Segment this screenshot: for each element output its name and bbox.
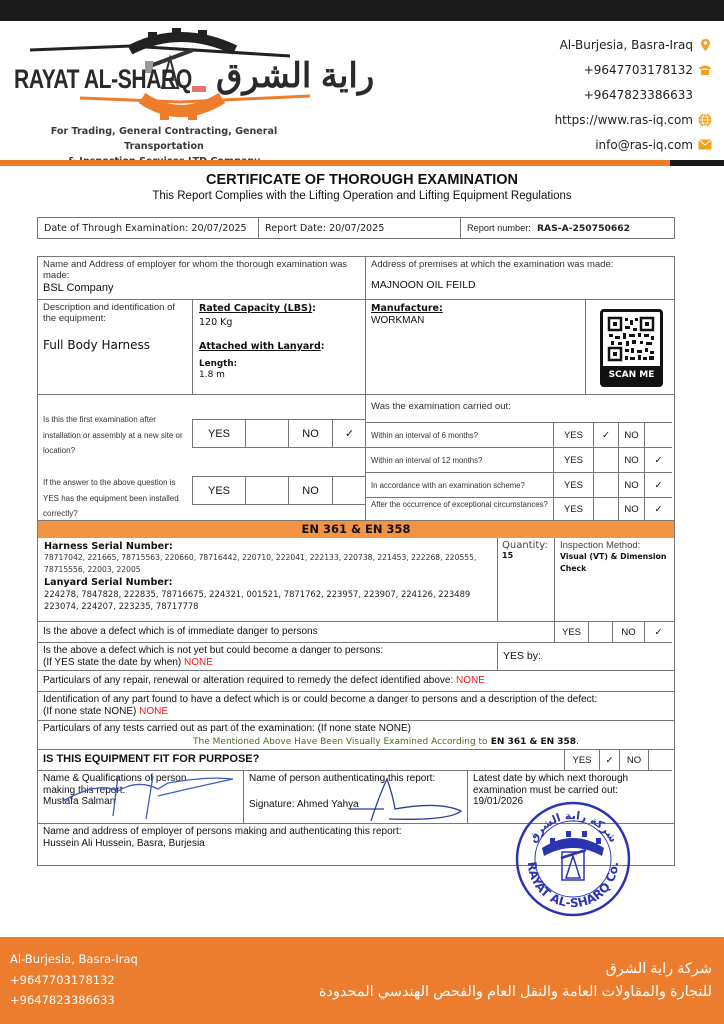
first-exam-question: Is this the first examination after inst… — [43, 412, 188, 459]
first-exam-yes-label: YES — [192, 419, 246, 448]
yes-by-label: YES by: — [503, 650, 541, 662]
harness-serial-values: 78717042, 221665, 78715563, 220660, 7871… — [44, 552, 491, 576]
tagline-line-1: For Trading, General Contracting, Genera… — [14, 124, 314, 154]
exceptional-circumstances-label: After the occurrence of exceptional circ… — [366, 497, 554, 521]
scheme-yes-box[interactable] — [593, 472, 619, 498]
website-link[interactable]: https://www.ras-iq.com — [555, 113, 693, 127]
quantity-value: 15 — [502, 551, 550, 560]
employer-label: Name and Address of employer for whom th… — [43, 259, 360, 281]
contact-list: Al-Burjesia, Basra-Iraq +9647703178132 +… — [555, 32, 712, 157]
exceptional-no-box[interactable]: ✓ — [644, 497, 672, 521]
contact-phone-1[interactable]: +9647703178132 — [555, 57, 712, 82]
immediate-danger-answer: YES NO ✓ — [555, 622, 672, 643]
address-text: Al-Burjesia, Basra-Iraq — [560, 38, 693, 52]
inspection-method-cell: Inspection Method: Visual (VT) & Dimensi… — [555, 538, 674, 622]
header-black-rule — [670, 160, 724, 166]
fit-yes-label: YES — [564, 750, 600, 771]
carried-out-label: Was the examination carried out: — [371, 401, 511, 412]
scheme-yes-label: YES — [553, 472, 594, 498]
footer-arabic-name: شركة راية الشرق للتجارة والمقاولات العام… — [319, 958, 712, 1004]
first-exam-no-label: NO — [288, 419, 333, 448]
tests-result-text: The Mentioned Above Have Been Visually E… — [193, 737, 488, 747]
logo-text-english: RAYAT AL-SHARQ — [14, 64, 192, 95]
length-value: 1.8 m — [199, 370, 359, 380]
first-exam-questions-cell: Is this the first examination after inst… — [38, 395, 366, 521]
harness-serial-label: Harness Serial Number: — [44, 541, 491, 552]
top-black-bar — [0, 0, 724, 21]
tests-result: The Mentioned Above Have Been Visually E… — [43, 735, 669, 749]
exceptional-yes-label: YES — [553, 497, 594, 521]
installed-correctly-answer: YES NO — [193, 476, 366, 505]
serial-numbers-cell: Harness Serial Number: 78717042, 221665,… — [38, 538, 498, 622]
installed-no-label: NO — [288, 476, 333, 505]
premises-value: MAJNOON OIL FEILD — [371, 279, 669, 291]
fit-no-box[interactable] — [648, 750, 672, 771]
date-bar: Date of Through Examination: 20/07/2025 … — [37, 217, 675, 239]
manufacture-label: Manufacture: — [371, 303, 580, 314]
contact-website[interactable]: https://www.ras-iq.com — [555, 107, 712, 132]
authenticator-cell: Name of person authenticating this repor… — [244, 771, 468, 824]
envelope-icon — [698, 138, 712, 152]
certificate-subtitle: This Report Complies with the Lifting Op… — [0, 190, 724, 202]
scheme-no-label: NO — [618, 472, 645, 498]
location-pin-icon — [698, 38, 712, 52]
capacity-value: 120 Kg — [199, 317, 359, 328]
lanyard-label: Attached with Lanyard — [199, 341, 321, 352]
report-number: RAS-A-250750662 — [537, 223, 630, 234]
length-label: Length: — [199, 359, 359, 369]
next-exam-label: Latest date by which next thorough exami… — [473, 773, 669, 796]
yes-by-cell: YES by: — [498, 643, 674, 671]
twelve-months-no-label: NO — [618, 447, 645, 473]
twelve-months-yes-box[interactable] — [593, 447, 619, 473]
footer-phone-2[interactable]: +9647823386633 — [10, 990, 138, 1011]
footer-arabic-line-2: للتجارة والمقاولات العامة والنقل العام و… — [319, 981, 712, 1004]
footer-phone-1[interactable]: +9647703178132 — [10, 970, 138, 991]
footer-contacts: Al-Burjesia, Basra-Iraq +9647703178132 +… — [10, 949, 138, 1011]
inspection-method-label: Inspection Method: — [560, 540, 669, 551]
capacity-colon: : — [312, 303, 316, 314]
equipment-label: Description and identification of the eq… — [43, 302, 187, 324]
standard-band: EN 361 & EN 358 — [38, 521, 674, 538]
fit-no-label: NO — [619, 750, 649, 771]
exam-scheme-answer: YES NO ✓ — [554, 472, 672, 498]
phone-1-text[interactable]: +9647703178132 — [584, 63, 693, 77]
repair-cell: Particulars of any repair, renewal or al… — [38, 671, 674, 692]
interval-12-months-answer: YES NO ✓ — [554, 447, 672, 473]
first-exam-no-box[interactable]: ✓ — [332, 419, 366, 448]
manufacture-cell: Manufacture: WORKMAN — [366, 300, 586, 395]
capacity-label: Rated Capacity (LBS) — [199, 303, 312, 314]
equipment-description-cell: Description and identification of the eq… — [38, 300, 193, 395]
equipment-value: Full Body Harness — [43, 338, 187, 352]
footer-address: Al-Burjesia, Basra-Iraq — [10, 949, 138, 970]
contact-email[interactable]: info@ras-iq.com — [555, 132, 712, 157]
part-defect-value: NONE — [139, 706, 168, 717]
examination-form: Name and Address of employer for whom th… — [37, 256, 675, 866]
immediate-yes-box[interactable] — [588, 622, 613, 643]
interval-6-months-label: Within an interval of 6 months? — [366, 422, 554, 447]
lanyard-colon: : — [321, 341, 325, 352]
exceptional-answer: YES NO ✓ — [554, 497, 672, 521]
page-footer: Al-Burjesia, Basra-Iraq +9647703178132 +… — [0, 937, 724, 1024]
part-defect-cell: Identification of any part found to have… — [38, 692, 674, 721]
lanyard-serial-values: 224278, 7847828, 222835, 78716675, 22432… — [44, 588, 491, 612]
logo-text-arabic: راية الشرق — [216, 56, 374, 96]
twelve-months-no-box[interactable]: ✓ — [644, 447, 672, 473]
employer-value: BSL Company — [43, 282, 360, 294]
installed-yes-box[interactable] — [245, 476, 289, 505]
qr-caption: SCAN ME — [603, 366, 660, 384]
employer-cell: Name and Address of employer for whom th… — [38, 257, 366, 300]
future-danger-cell: Is the above a defect which is not yet b… — [38, 643, 498, 671]
future-danger-value: NONE — [184, 657, 213, 668]
tests-result-standard: EN 361 & EN 358 — [491, 737, 576, 747]
immediate-yes-label: YES — [554, 622, 589, 643]
report-number-label: Report number: — [467, 223, 531, 233]
part-defect-hint: (If none state NONE) — [43, 706, 136, 717]
telephone-icon — [698, 63, 712, 77]
installed-yes-label: YES — [192, 476, 246, 505]
company-logo: RAYAT AL-SHARQ راية الشرق — [10, 28, 340, 120]
premises-cell: Address of premises at which the examina… — [366, 257, 674, 300]
tests-cell: Particulars of any tests carried out as … — [38, 721, 674, 750]
report-date: Report Date: 20/07/2025 — [259, 218, 461, 239]
stamp-seal-icon: RAYAT AL-SHARQ Co. شركة راية الشرق — [514, 800, 632, 918]
premises-label: Address of premises at which the examina… — [371, 259, 669, 270]
installed-correctly-question: If the answer to the above question is Y… — [43, 475, 188, 521]
qr-cell: SCAN ME — [586, 300, 674, 395]
capacity-cell: Rated Capacity (LBS): 120 Kg Attached wi… — [193, 300, 366, 395]
six-months-yes-label: YES — [553, 422, 594, 448]
carried-out-cell: Was the examination carried out: Within … — [366, 395, 674, 521]
certificate-title: CERTIFICATE OF THOROUGH EXAMINATION — [0, 172, 724, 188]
contact-phone-2[interactable]: +9647823386633 — [555, 82, 712, 107]
six-months-yes-box[interactable]: ✓ — [593, 422, 619, 448]
repair-value: NONE — [456, 675, 485, 686]
interval-12-months-label: Within an interval of 12 months? — [366, 447, 554, 472]
exceptional-yes-box[interactable] — [593, 497, 619, 521]
exceptional-no-label: NO — [618, 497, 645, 521]
fit-for-purpose-answer: YES ✓ NO — [565, 750, 672, 771]
installed-no-box[interactable] — [332, 476, 366, 505]
report-number-cell: Report number: RAS-A-250750662 — [461, 218, 675, 239]
fit-for-purpose-question: IS THIS EQUIPMENT FIT FOR PURPOSE? — [38, 750, 565, 771]
future-danger-hint: (If YES state the date by when) — [43, 657, 181, 668]
exam-date: Date of Through Examination: 20/07/2025 — [38, 218, 259, 239]
quantity-label: Quantity: — [502, 540, 550, 551]
inspection-method-value: Visual (VT) & Dimension Check — [560, 551, 669, 575]
phone-2-text[interactable]: +9647823386633 — [584, 88, 693, 102]
company-stamp: RAYAT AL-SHARQ Co. شركة راية الشرق — [514, 800, 632, 918]
qr-code[interactable]: SCAN ME — [600, 309, 663, 387]
fit-yes-box[interactable]: ✓ — [599, 750, 620, 771]
report-maker-cell: Name & Qualifications of person making t… — [38, 771, 244, 824]
six-months-no-box[interactable] — [644, 422, 672, 448]
tests-result-period: . — [576, 737, 579, 747]
qr-code-icon — [603, 312, 660, 366]
future-danger-question: Is the above a defect which is not yet b… — [43, 645, 492, 657]
immediate-danger-question: Is the above a defect which is of immedi… — [38, 622, 555, 643]
carried-out-rows: Within an interval of 6 months? Within a… — [366, 422, 674, 521]
footer-arabic-line-1: شركة راية الشرق — [319, 958, 712, 981]
authenticator-signature-icon — [329, 771, 468, 821]
header-orange-rule — [0, 160, 670, 166]
repair-question: Particulars of any repair, renewal or al… — [43, 675, 453, 686]
first-exam-yes-box[interactable] — [245, 419, 289, 448]
quantity-cell: Quantity: 15 — [498, 538, 555, 622]
scheme-no-box[interactable]: ✓ — [644, 472, 672, 498]
globe-icon — [698, 113, 712, 127]
maker-signature-icon — [58, 771, 244, 821]
exam-scheme-label: In accordance with an examination scheme… — [366, 472, 554, 497]
twelve-months-yes-label: YES — [553, 447, 594, 473]
first-exam-answer: YES NO ✓ — [193, 419, 366, 448]
manufacture-value: WORKMAN — [371, 315, 580, 326]
six-months-no-label: NO — [618, 422, 645, 448]
immediate-no-label: NO — [612, 622, 645, 643]
part-defect-question: Identification of any part found to have… — [43, 694, 669, 706]
email-link[interactable]: info@ras-iq.com — [595, 138, 693, 152]
lanyard-serial-label: Lanyard Serial Number: — [44, 577, 491, 588]
contact-address: Al-Burjesia, Basra-Iraq — [555, 32, 712, 57]
interval-6-months-answer: YES ✓ NO — [554, 422, 672, 448]
tests-question: Particulars of any tests carried out as … — [43, 722, 669, 735]
immediate-no-box[interactable]: ✓ — [644, 622, 672, 643]
